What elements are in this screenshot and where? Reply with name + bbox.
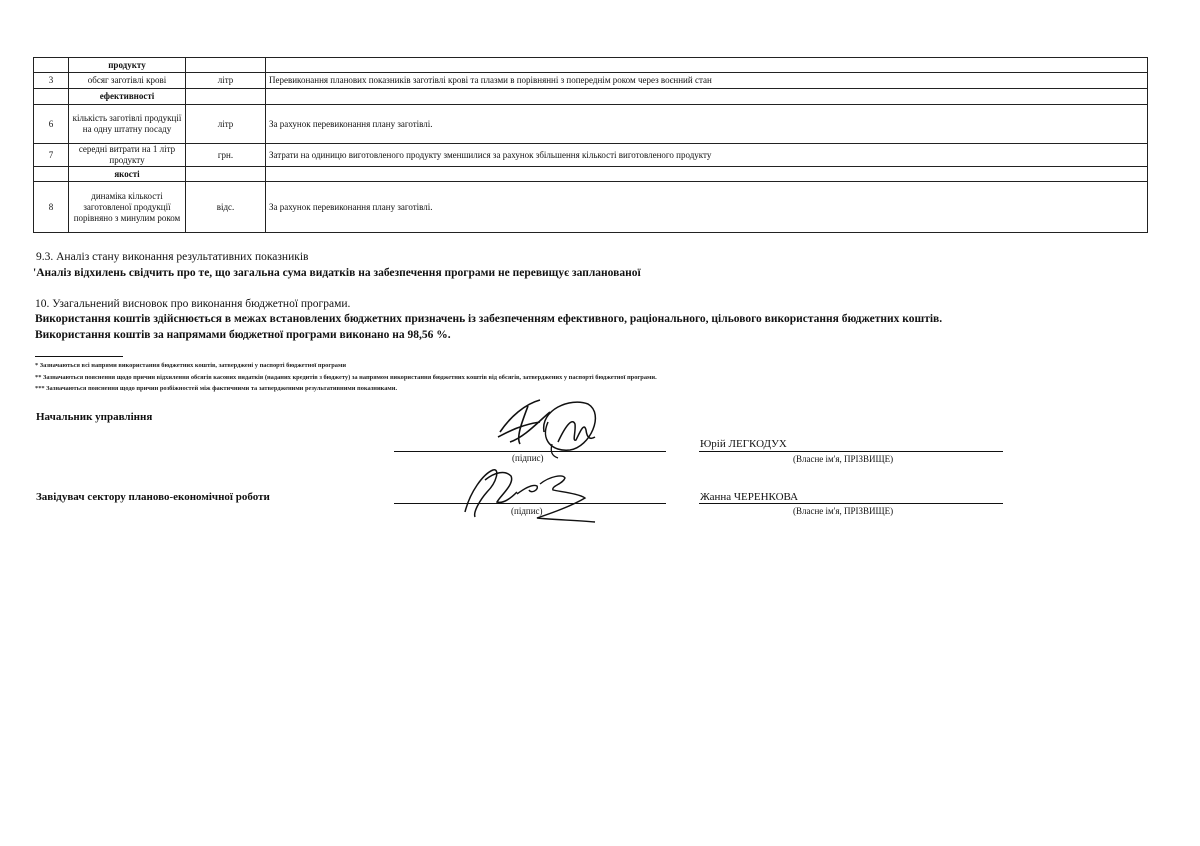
signature-line-planning [394, 503, 666, 504]
unit-of-measure: літр [186, 73, 266, 89]
deviation-explanation: За рахунок перевиконання плану заготівлі… [266, 105, 1148, 144]
section-10-heading: 10. Узагальнений висновок про виконання … [35, 298, 350, 310]
unit-of-measure [186, 89, 266, 105]
unit-of-measure [186, 58, 266, 73]
row-number [34, 89, 69, 105]
section-9-3-text: 'Аналіз відхилень свідчить про те, що за… [33, 267, 641, 279]
deviation-explanation: За рахунок перевиконання плану заготівлі… [266, 182, 1148, 233]
unit-of-measure: грн. [186, 144, 266, 167]
indicator-name: якості [69, 167, 186, 182]
section-9-3-heading: 9.3. Аналіз стану виконання результативн… [36, 251, 308, 263]
deviation-explanation: Перевиконання планових показників заготі… [266, 73, 1148, 89]
row-number [34, 167, 69, 182]
indicator-name: ефективності [69, 89, 186, 105]
section-10-line2: Використання коштів за напрямами бюджетн… [35, 329, 451, 341]
row-number [34, 58, 69, 73]
table-section-row: продукту [34, 58, 1148, 73]
table-row: 8динаміка кількості заготовленої продукц… [34, 182, 1148, 233]
row-number: 6 [34, 105, 69, 144]
unit-of-measure: літр [186, 105, 266, 144]
deviation-explanation: Затрати на одиницю виготовленого продукт… [266, 144, 1148, 167]
indicator-name: середні витрати на 1 літр продукту [69, 144, 186, 167]
table-section-row: ефективності [34, 89, 1148, 105]
name-caption-planning: (Власне ім'я, ПРІЗВИЩЕ) [793, 506, 893, 516]
footnote-1: * Зазначаються всі напрями використання … [35, 362, 346, 369]
indicator-name: динаміка кількості заготовленої продукці… [69, 182, 186, 233]
row-number: 7 [34, 144, 69, 167]
table-row: 3обсяг заготівлі кровілітрПеревиконання … [34, 73, 1148, 89]
name-line-planning [699, 503, 1003, 504]
deviation-explanation [266, 89, 1148, 105]
footnote-divider [35, 356, 123, 357]
signer-name-head: Юрій ЛЕГКОДУХ [700, 438, 787, 450]
name-line-head [699, 451, 1003, 452]
row-number: 3 [34, 73, 69, 89]
unit-of-measure: відс. [186, 182, 266, 233]
deviation-explanation [266, 58, 1148, 73]
table-row: 7середні витрати на 1 літр продуктугрн.З… [34, 144, 1148, 167]
signer-name-planning: Жанна ЧЕРЕНКОВА [700, 491, 798, 503]
indicator-name: продукту [69, 58, 186, 73]
table-row: 6кількість заготівлі продукції на одну ш… [34, 105, 1148, 144]
deviation-explanation [266, 167, 1148, 182]
position-title-planning: Завідувач сектору планово-економічної ро… [36, 491, 270, 503]
footnote-3: *** Зазначаються пояснення щодо причин р… [35, 385, 397, 392]
footnote-2: ** Зазначаються пояснення щодо причин ві… [35, 374, 657, 381]
signature-line-head [394, 451, 666, 452]
indicator-name: обсяг заготівлі крові [69, 73, 186, 89]
indicator-name: кількість заготівлі продукції на одну шт… [69, 105, 186, 144]
position-title-head: Начальник управління [36, 411, 152, 423]
table-section-row: якості [34, 167, 1148, 182]
name-caption-head: (Власне ім'я, ПРІЗВИЩЕ) [793, 454, 893, 464]
signature-caption-planning: (підпис) [511, 506, 543, 516]
results-indicators-table: продукту3обсяг заготівлі кровілітрПереви… [33, 57, 1148, 233]
section-10-line1: Використання коштів здійснюється в межах… [35, 313, 942, 325]
row-number: 8 [34, 182, 69, 233]
unit-of-measure [186, 167, 266, 182]
